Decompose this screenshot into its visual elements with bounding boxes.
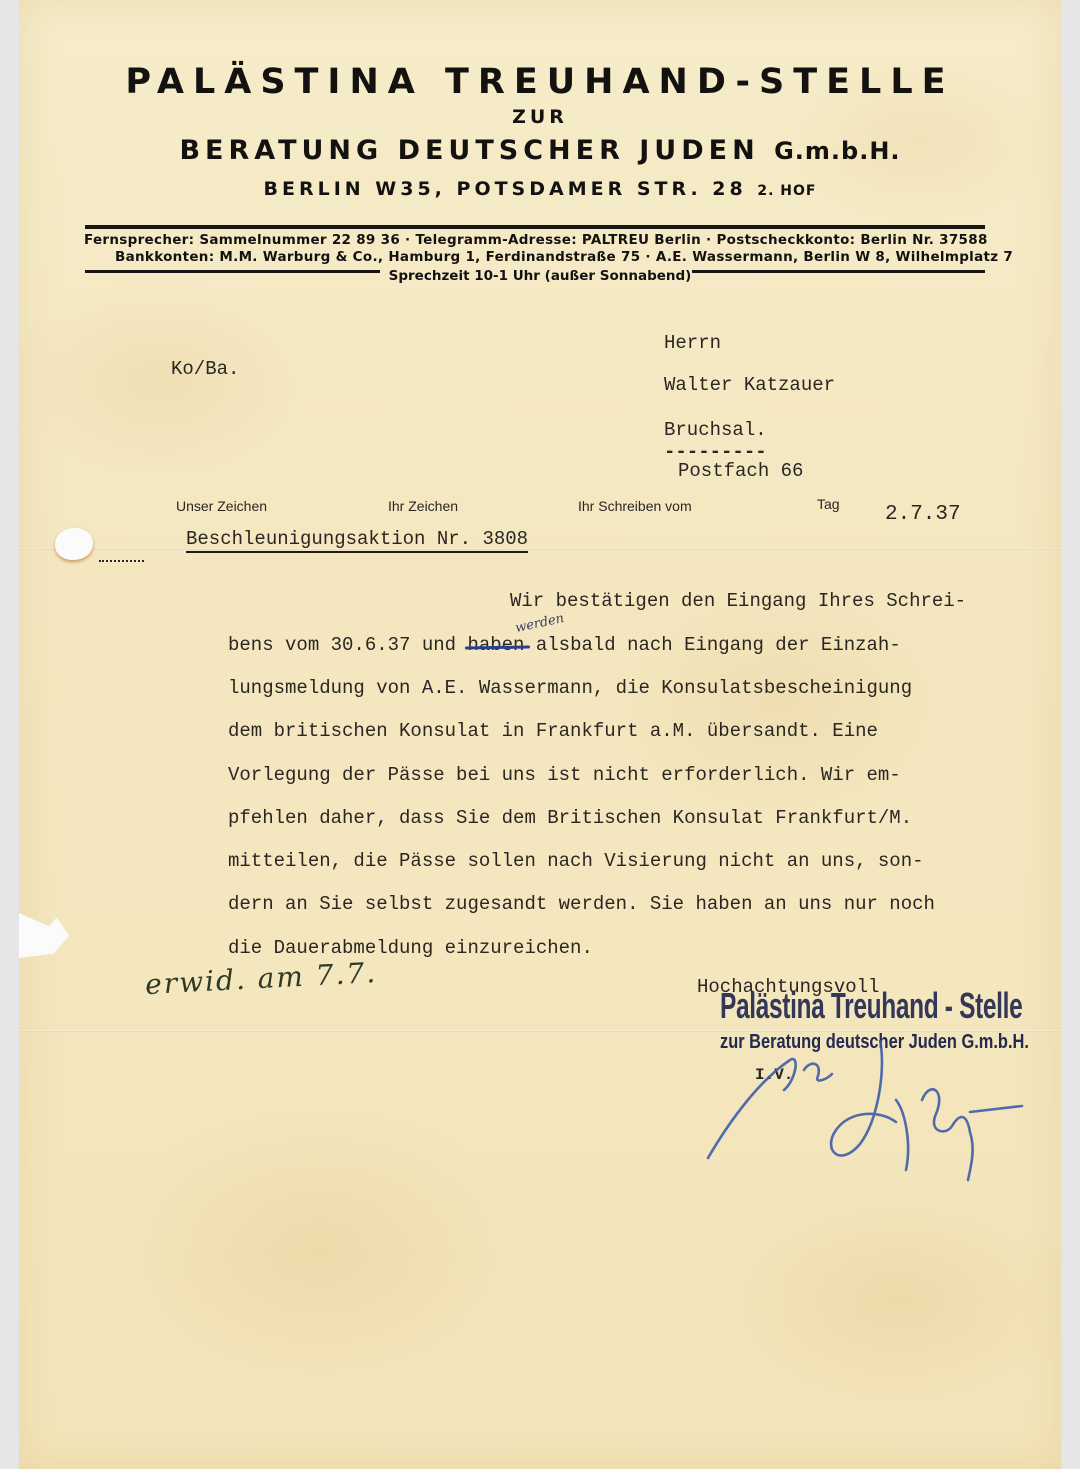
struck-word: haben <box>467 634 524 656</box>
label-unser-zeichen: Unser Zeichen <box>176 498 267 514</box>
letterhead-address-text: BERLIN W35, POTSDAMER STR. 28 <box>264 178 747 200</box>
body-line-4: dem britischen Konsulat in Frankfurt a.M… <box>228 720 878 742</box>
label-tag: Tag <box>817 496 840 512</box>
letterhead-title: PALÄSTINA TREUHAND-STELLE <box>0 62 1080 102</box>
body-line-2-start: bens vom 30.6.37 und <box>228 634 467 656</box>
letterhead-gmbh: G.m.b.H. <box>774 137 900 165</box>
body-line-8: dern an Sie selbst zugesandt werden. Sie… <box>228 893 935 915</box>
label-ihr-zeichen: Ihr Zeichen <box>388 498 458 514</box>
subject-line: Beschleunigungsaktion Nr. 3808 <box>186 528 528 553</box>
recipient-city: Bruchsal. <box>664 419 767 441</box>
letter-date: 2.7.37 <box>885 503 961 526</box>
letterhead-address: BERLIN W35, POTSDAMER STR. 28 2. HOF <box>0 178 1080 200</box>
punch-hole <box>55 528 93 560</box>
letterhead-rule-right <box>692 270 985 273</box>
dotted-mark <box>99 560 144 562</box>
reference-code: Ko/Ba. <box>171 358 239 380</box>
label-ihr-schreiben-vom: Ihr Schreiben vom <box>578 498 692 514</box>
contact-line-2: Bankkonten: M.M. Warburg & Co., Hamburg … <box>115 249 1013 265</box>
recipient-salutation: Herrn <box>664 332 721 354</box>
fold-line <box>19 548 1061 550</box>
body-line-1: Wir bestätigen den Eingang Ihres Schrei- <box>510 590 966 612</box>
recipient-name: Walter Katzauer <box>664 374 835 396</box>
letterhead-subtitle: BERATUNG DEUTSCHER JUDEN G.m.b.H. <box>0 135 1080 166</box>
torn-edge <box>19 913 69 958</box>
company-stamp-main: Palästina Treuhand - Stelle <box>720 985 1022 1027</box>
body-line-2: bens vom 30.6.37 und haben alsbald nach … <box>228 634 901 656</box>
body-line-2-end: alsbald nach Eingang der Einzah- <box>524 634 900 656</box>
recipient-po-box: Postfach 66 <box>678 460 803 482</box>
letterhead-zur: ZUR <box>0 106 1080 128</box>
body-line-7: mitteilen, die Pässe sollen nach Visieru… <box>228 850 924 872</box>
body-line-5: Vorlegung der Pässe bei uns ist nicht er… <box>228 764 901 786</box>
letterhead-subtitle-text: BERATUNG DEUTSCHER JUDEN <box>179 135 759 166</box>
body-line-9: die Dauerabmeldung einzureichen. <box>228 937 593 959</box>
letterhead-address-hof: 2. HOF <box>757 183 816 199</box>
contact-line-1: Fernsprecher: Sammelnummer 22 89 36 · Te… <box>84 232 988 248</box>
letterhead-rule-top <box>85 225 985 229</box>
body-line-3: lungsmeldung von A.E. Wassermann, die Ko… <box>228 677 912 699</box>
signature-icon <box>700 1040 1040 1190</box>
body-line-6: pfehlen daher, dass Sie dem Britischen K… <box>228 807 912 829</box>
